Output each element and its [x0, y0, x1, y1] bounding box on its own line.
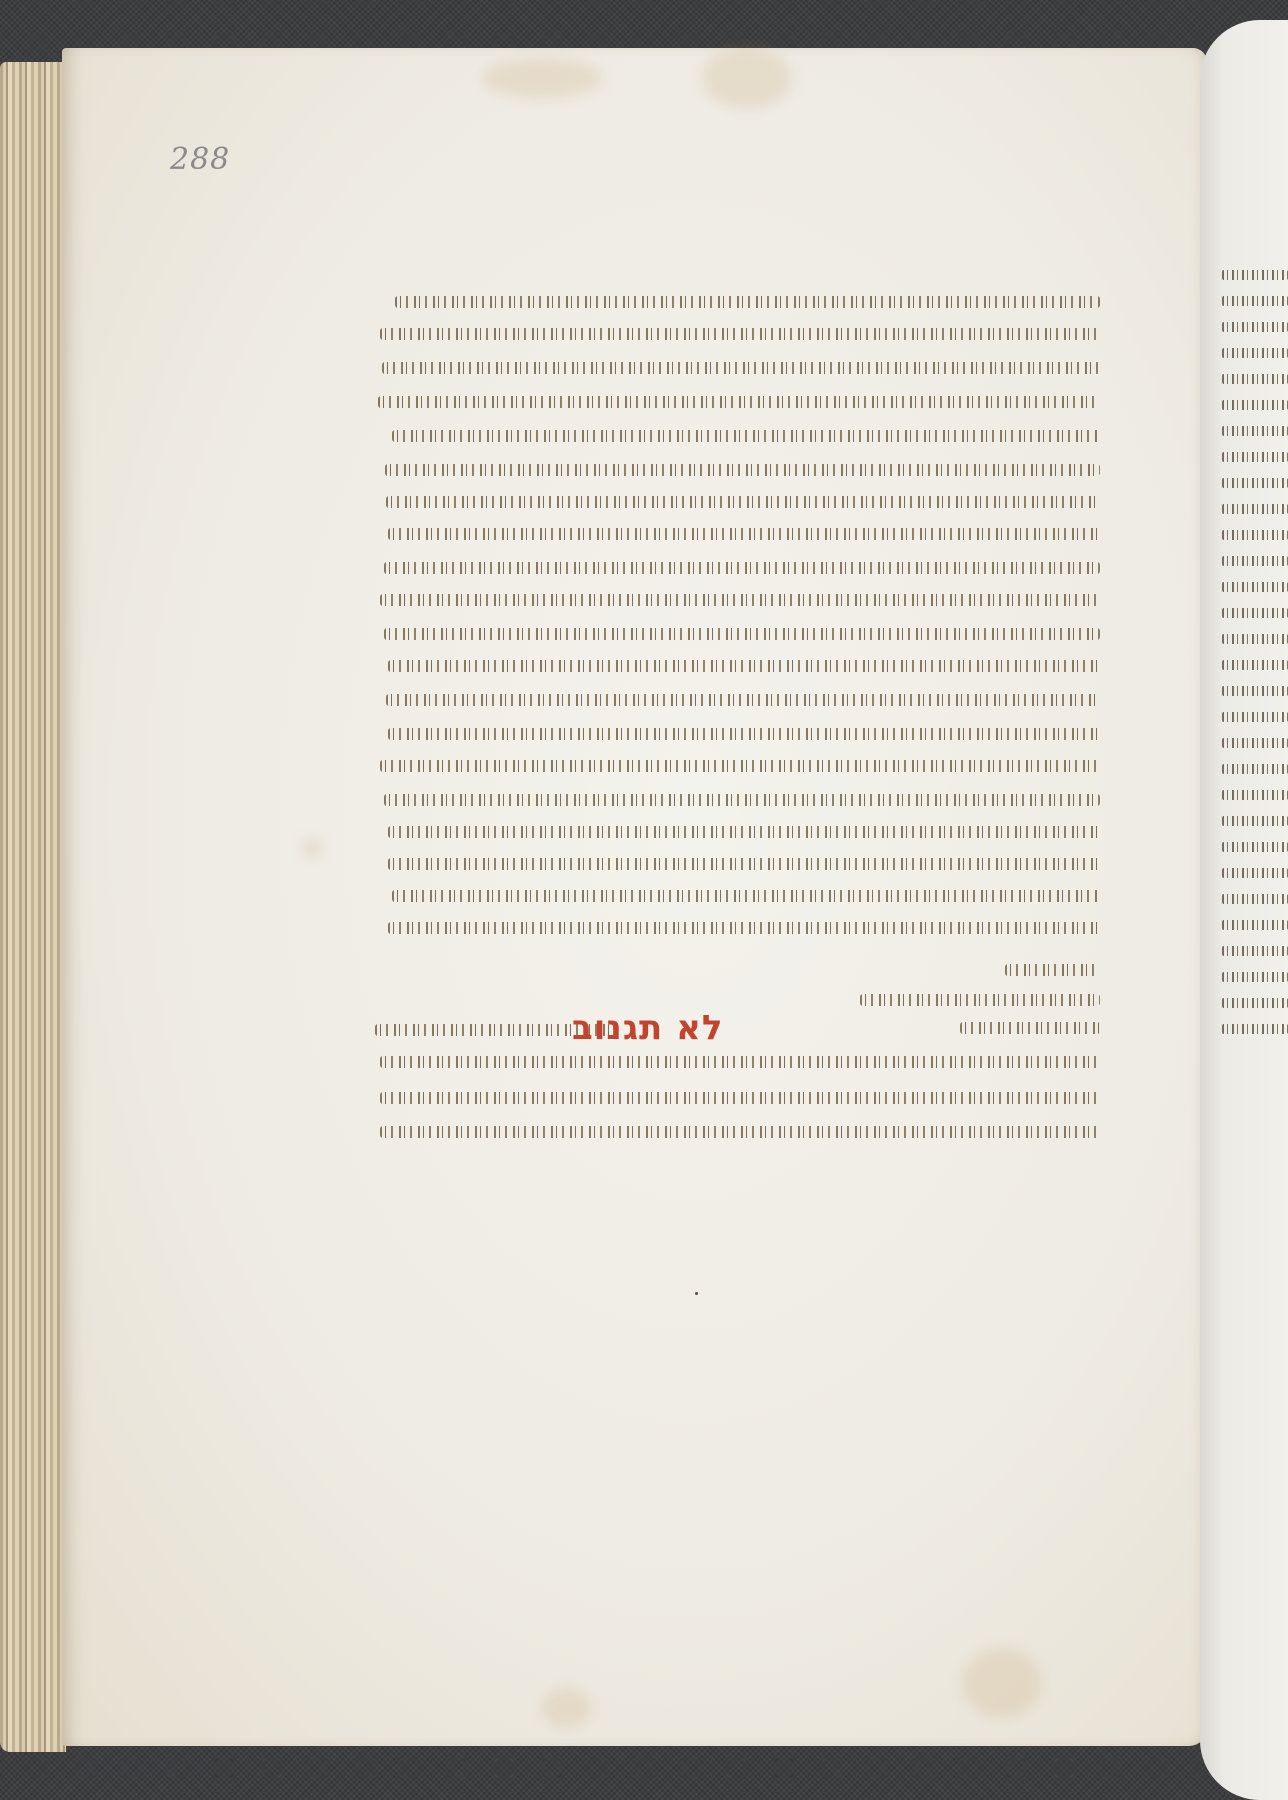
section-heading-red: לא תגנוב: [572, 1008, 723, 1048]
text-line: [384, 622, 1100, 646]
text-line: [380, 1050, 1100, 1074]
text-line: [380, 588, 1100, 612]
facing-text-line: [1222, 426, 1288, 436]
text-line: [392, 884, 1100, 908]
text-line: [384, 788, 1100, 812]
facing-text-line: [1222, 270, 1288, 280]
page-stack-edges: [0, 62, 66, 1752]
text-line: [388, 654, 1100, 678]
text-line: [386, 490, 1100, 514]
text-line: [388, 820, 1100, 844]
facing-text-line: [1222, 556, 1288, 566]
stain: [962, 1648, 1042, 1718]
text-line: [1005, 958, 1100, 982]
stain: [542, 1688, 592, 1728]
facing-text-line: [1222, 842, 1288, 852]
text-line: [388, 916, 1100, 940]
text-line: [388, 722, 1100, 746]
facing-text-line: [1222, 530, 1288, 540]
facing-text-line: [1222, 374, 1288, 384]
manuscript-text-block: [375, 290, 1100, 1180]
facing-text-line: [1222, 816, 1288, 826]
text-line: [380, 1086, 1100, 1110]
text-line: [388, 852, 1100, 876]
facing-text-line: [1222, 686, 1288, 696]
text-line: [380, 322, 1100, 346]
facing-text-line: [1222, 894, 1288, 904]
facing-text-line: [1222, 660, 1288, 670]
facing-text-line: [1222, 946, 1288, 956]
facing-text-line: [1222, 582, 1288, 592]
text-line: [378, 390, 1100, 414]
ink-speck: [695, 1292, 698, 1295]
text-line: [380, 1120, 1100, 1144]
text-line: [395, 290, 1100, 314]
facing-text-line: [1222, 348, 1288, 358]
text-line: [392, 424, 1100, 448]
stain: [482, 58, 602, 98]
facing-text-line: [1222, 712, 1288, 722]
facing-text-line: [1222, 400, 1288, 410]
text-line: [860, 988, 1100, 1012]
text-line: [385, 458, 1100, 482]
facing-text-line: [1222, 478, 1288, 488]
facing-text-line: [1222, 1024, 1288, 1034]
facing-text-line: [1222, 296, 1288, 306]
facing-text-line: [1222, 634, 1288, 644]
facing-text-line: [1222, 972, 1288, 982]
text-line: [384, 556, 1100, 580]
text-line: [382, 356, 1100, 380]
folio-number: 288: [170, 142, 230, 177]
facing-text-line: [1222, 998, 1288, 1008]
facing-text-line: [1222, 764, 1288, 774]
stain: [302, 838, 322, 858]
stain: [702, 48, 792, 108]
text-line: [380, 754, 1100, 778]
text-line: [388, 522, 1100, 546]
facing-text-line: [1222, 452, 1288, 462]
facing-text-line: [1222, 790, 1288, 800]
facing-text-line: [1222, 868, 1288, 878]
text-line: [960, 1016, 1100, 1040]
facing-text-line: [1222, 608, 1288, 618]
text-line: [386, 688, 1100, 712]
facing-text-line: [1222, 504, 1288, 514]
facing-text-line: [1222, 322, 1288, 332]
facing-page-text: [1222, 270, 1288, 1370]
facing-text-line: [1222, 920, 1288, 930]
facing-text-line: [1222, 738, 1288, 748]
